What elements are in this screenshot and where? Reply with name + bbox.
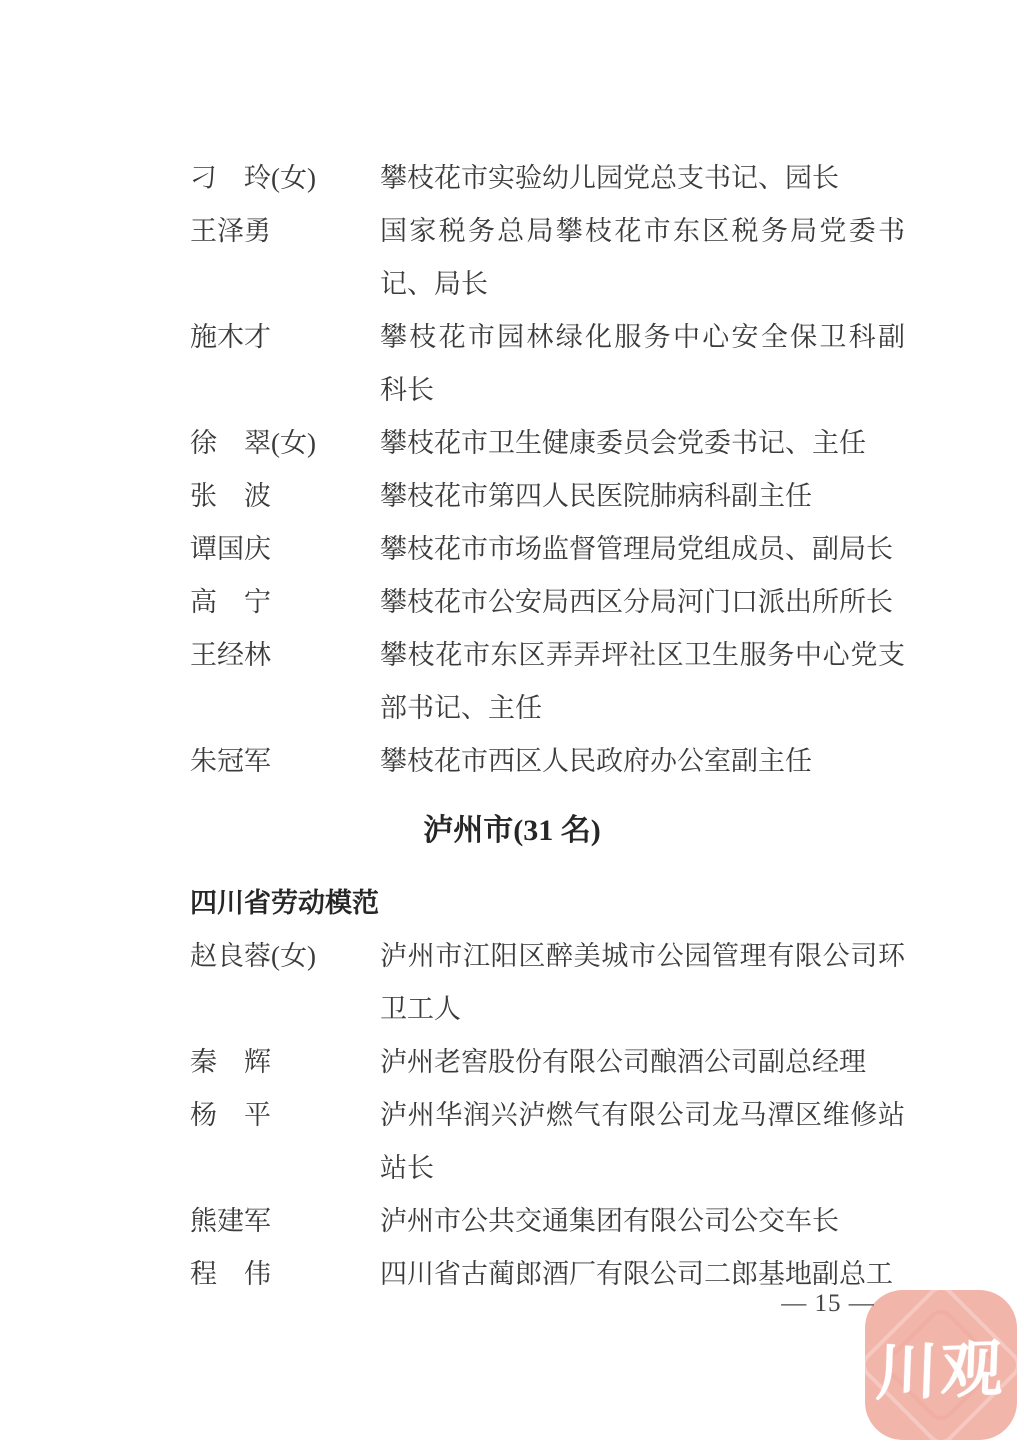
award-category-subheading: 四川省劳动模范	[190, 877, 905, 930]
honoree-name: 刁 玲(女)	[190, 152, 380, 205]
honoree-row: 张 波攀枝花市第四人民医院肺病科副主任	[190, 470, 905, 523]
honoree-row: 王泽勇国家税务总局攀枝花市东区税务局党委书记、局长	[190, 205, 905, 311]
honoree-name: 朱冠军	[190, 735, 380, 788]
honoree-title: 攀枝花市东区弄弄坪社区卫生服务中心党支部书记、主任	[380, 629, 905, 735]
honoree-title: 攀枝花市公安局西区分局河门口派出所所长	[380, 576, 905, 629]
honoree-title-line: 记、局长	[380, 258, 905, 311]
honoree-name: 杨 平	[190, 1089, 380, 1142]
honoree-name: 王泽勇	[190, 205, 380, 258]
honoree-row: 刁 玲(女)攀枝花市实验幼儿园党总支书记、园长	[190, 152, 905, 205]
honoree-title-line: 攀枝花市实验幼儿园党总支书记、园长	[380, 152, 905, 205]
page-number: — 15 —	[768, 1290, 888, 1318]
honoree-title: 攀枝花市园林绿化服务中心安全保卫科副科长	[380, 311, 905, 417]
honoree-row: 秦 辉泸州老窖股份有限公司酿酒公司副总经理	[190, 1036, 905, 1089]
honoree-name: 徐 翠(女)	[190, 417, 380, 470]
honoree-title-line: 泸州市公共交通集团有限公司公交车长	[380, 1195, 905, 1248]
honoree-name: 赵良蓉(女)	[190, 930, 380, 983]
honoree-list: 刁 玲(女)攀枝花市实验幼儿园党总支书记、园长王泽勇国家税务总局攀枝花市东区税务…	[190, 152, 905, 1301]
honoree-title-line: 攀枝花市卫生健康委员会党委书记、主任	[380, 417, 905, 470]
honoree-title-line: 部书记、主任	[380, 682, 905, 735]
honoree-name: 秦 辉	[190, 1036, 380, 1089]
honoree-title-line: 攀枝花市西区人民政府办公室副主任	[380, 735, 905, 788]
honoree-row: 高 宁攀枝花市公安局西区分局河门口派出所所长	[190, 576, 905, 629]
honoree-name: 施木才	[190, 311, 380, 364]
honoree-title-line: 国家税务总局攀枝花市东区税务局党委书	[380, 205, 905, 258]
honoree-title: 泸州市江阳区醉美城市公园管理有限公司环卫工人	[380, 930, 905, 1036]
honoree-title-line: 泸州华润兴泸燃气有限公司龙马潭区维修站	[380, 1089, 905, 1142]
document-page: { "document": { "entries": [ { "kind": "…	[0, 0, 1024, 1449]
honoree-title-line: 攀枝花市园林绿化服务中心安全保卫科副	[380, 311, 905, 364]
honoree-title: 泸州华润兴泸燃气有限公司龙马潭区维修站站长	[380, 1089, 905, 1195]
honoree-row: 朱冠军攀枝花市西区人民政府办公室副主任	[190, 735, 905, 788]
honoree-title-line: 科长	[380, 364, 905, 417]
honoree-title-line: 站长	[380, 1142, 905, 1195]
honoree-title-line: 泸州老窖股份有限公司酿酒公司副总经理	[380, 1036, 905, 1089]
honoree-title-line: 攀枝花市第四人民医院肺病科副主任	[380, 470, 905, 523]
honoree-name: 谭国庆	[190, 523, 380, 576]
honoree-name: 张 波	[190, 470, 380, 523]
honoree-row: 王经林攀枝花市东区弄弄坪社区卫生服务中心党支部书记、主任	[190, 629, 905, 735]
honoree-title: 国家税务总局攀枝花市东区税务局党委书记、局长	[380, 205, 905, 311]
honoree-title: 攀枝花市第四人民医院肺病科副主任	[380, 470, 905, 523]
honoree-row: 徐 翠(女)攀枝花市卫生健康委员会党委书记、主任	[190, 417, 905, 470]
honoree-title-line: 卫工人	[380, 983, 905, 1036]
honoree-name: 王经林	[190, 629, 380, 682]
honoree-title: 攀枝花市市场监督管理局党组成员、副局长	[380, 523, 905, 576]
honoree-title: 攀枝花市西区人民政府办公室副主任	[380, 735, 905, 788]
honoree-row: 杨 平泸州华润兴泸燃气有限公司龙马潭区维修站站长	[190, 1089, 905, 1195]
honoree-row: 熊建军泸州市公共交通集团有限公司公交车长	[190, 1195, 905, 1248]
honoree-title: 攀枝花市实验幼儿园党总支书记、园长	[380, 152, 905, 205]
honoree-title: 泸州老窖股份有限公司酿酒公司副总经理	[380, 1036, 905, 1089]
honoree-title-line: 攀枝花市东区弄弄坪社区卫生服务中心党支	[380, 629, 905, 682]
honoree-name: 高 宁	[190, 576, 380, 629]
honoree-title: 攀枝花市卫生健康委员会党委书记、主任	[380, 417, 905, 470]
city-section-header: 泸州市(31 名)	[0, 804, 1024, 857]
honoree-name: 熊建军	[190, 1195, 380, 1248]
honoree-title: 泸州市公共交通集团有限公司公交车长	[380, 1195, 905, 1248]
honoree-title-line: 攀枝花市市场监督管理局党组成员、副局长	[380, 523, 905, 576]
honoree-row: 赵良蓉(女)泸州市江阳区醉美城市公园管理有限公司环卫工人	[190, 930, 905, 1036]
honoree-title-line: 泸州市江阳区醉美城市公园管理有限公司环	[380, 930, 905, 983]
honoree-row: 谭国庆攀枝花市市场监督管理局党组成员、副局长	[190, 523, 905, 576]
honoree-title-line: 攀枝花市公安局西区分局河门口派出所所长	[380, 576, 905, 629]
honoree-name: 程 伟	[190, 1248, 380, 1301]
honoree-row: 施木才攀枝花市园林绿化服务中心安全保卫科副科长	[190, 311, 905, 417]
